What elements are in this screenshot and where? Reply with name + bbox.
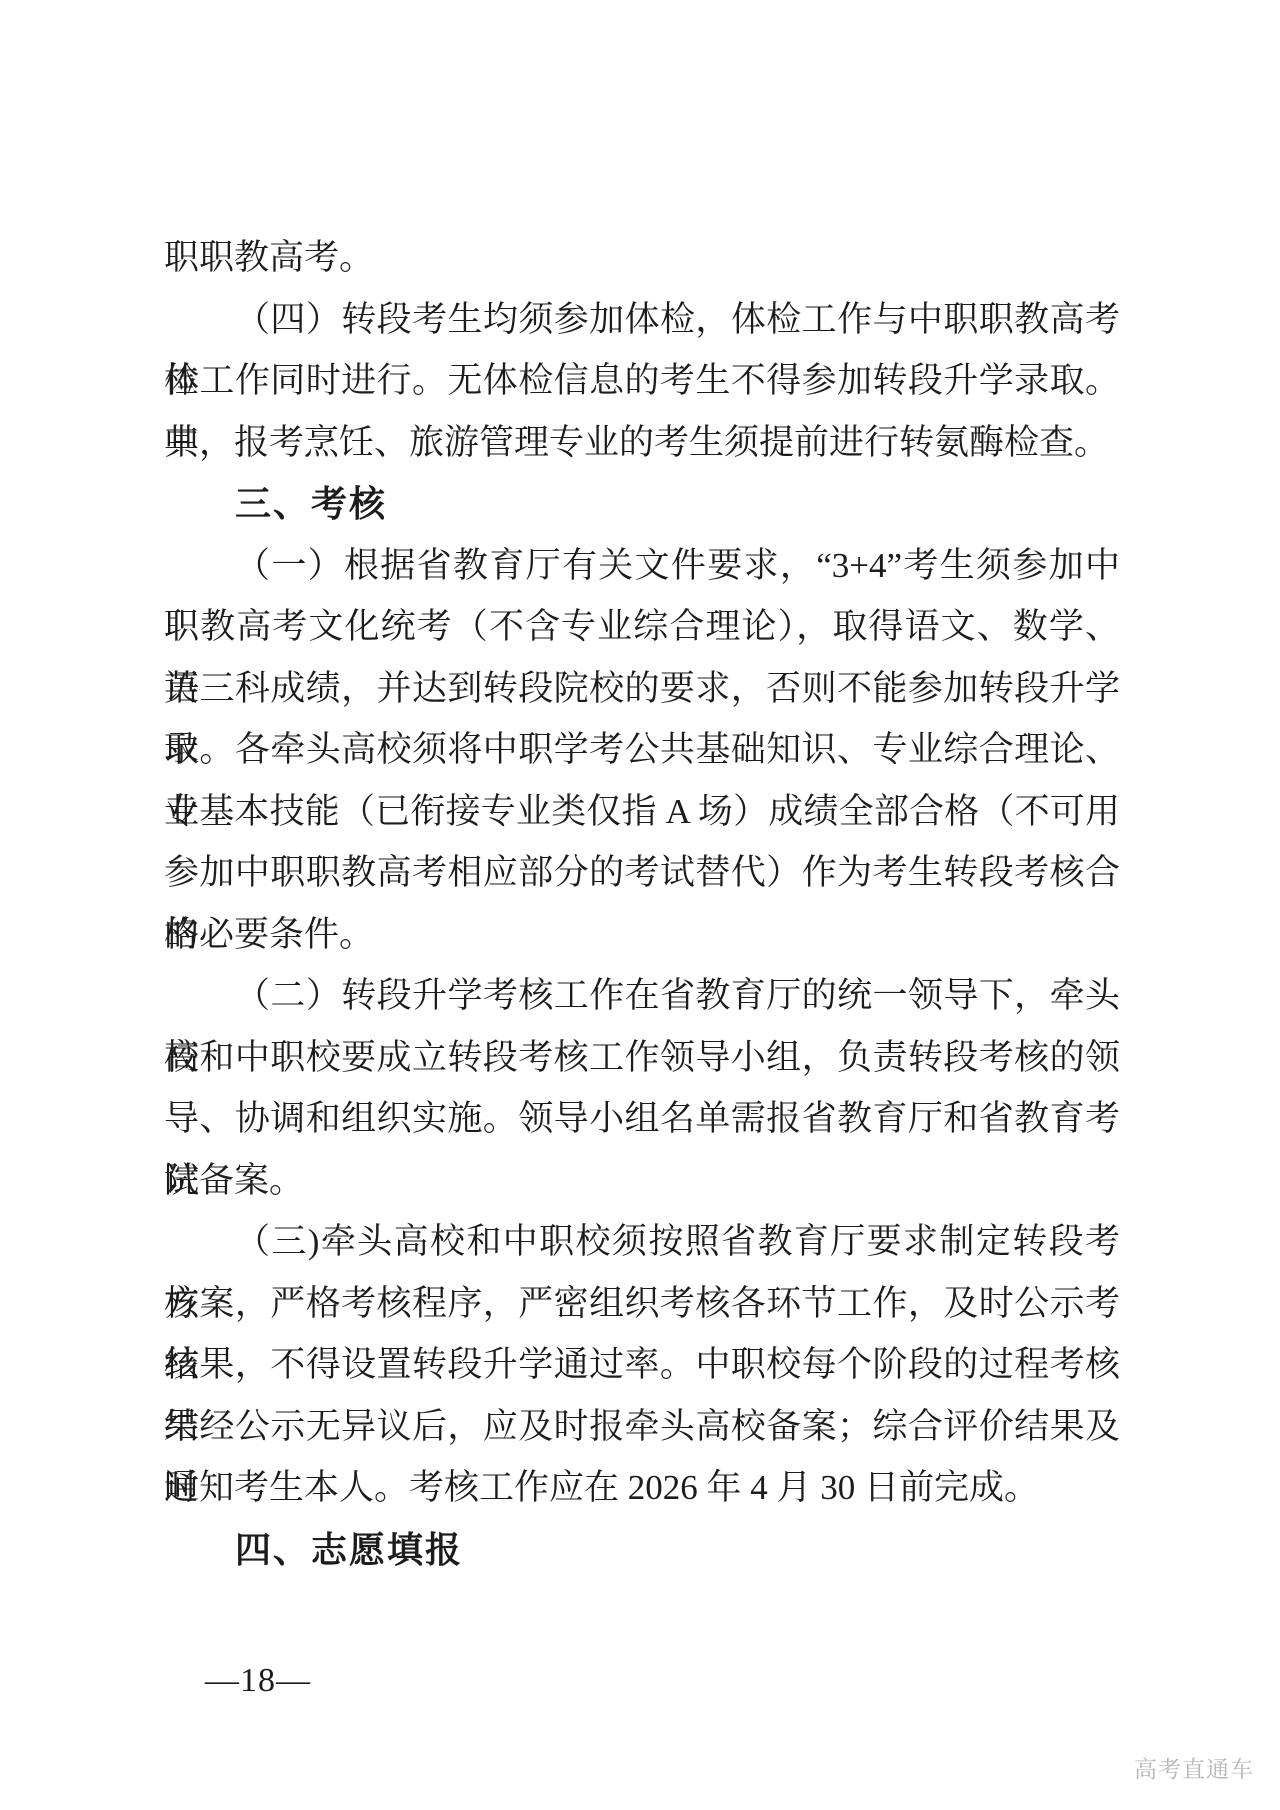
heading-assessment: 三、考核 — [164, 473, 1120, 535]
text-line: 业基本技能（已衔接专业类仅指 A 场）成绩全部合格（不可用 — [164, 781, 1120, 843]
text-line: 语三科成绩，并达到转段院校的要求，否则不能参加转段升学录 — [164, 658, 1120, 720]
text-line: 导、协调和组织实施。领导小组名单需报省教育厅和省教育考试 — [164, 1088, 1120, 1150]
text-line: 职职教高考。 — [164, 227, 1120, 289]
text-line: 参加中职职教高考相应部分的考试替代）作为考生转段考核合格 — [164, 842, 1120, 904]
text-line: 方案，严格考核程序，严密组织考核各环节工作，及时公示考核 — [164, 1273, 1120, 1335]
text-line: 取。各牵头高校须将中职学考公共基础知识、专业综合理论、专 — [164, 719, 1120, 781]
heading-application: 四、志愿填报 — [164, 1519, 1120, 1581]
text-line: 结果，不得设置转段升学通过率。中职校每个阶段的过程考核结 — [164, 1334, 1120, 1396]
text-line: 果经公示无异议后，应及时报牵头高校备案；综合评价结果及时 — [164, 1396, 1120, 1458]
text-line: 检工作同时进行。无体检信息的考生不得参加转段升学录取。其 — [164, 350, 1120, 412]
watermark-brand: 高考直通车 — [1134, 1751, 1254, 1784]
text-line: 校和中职校要成立转段考核工作领导小组，负责转段考核的领 — [164, 1027, 1120, 1089]
text-line: 的必要条件。 — [164, 904, 1120, 966]
text-line: 院备案。 — [164, 1150, 1120, 1212]
text-line: （三)牵头高校和中职校须按照省教育厅要求制定转段考核 — [164, 1211, 1120, 1273]
text-line: （四）转段考生均须参加体检，体检工作与中职职教高考体 — [164, 289, 1120, 351]
document-page: 职职教高考。 （四）转段考生均须参加体检，体检工作与中职职教高考体 检工作同时进… — [0, 0, 1280, 1810]
text-column: 职职教高考。 （四）转段考生均须参加体检，体检工作与中职职教高考体 检工作同时进… — [164, 227, 1120, 1580]
text-line: （二）转段升学考核工作在省教育厅的统一领导下，牵头高 — [164, 965, 1120, 1027]
text-line: 职教高考文化统考（不含专业综合理论），取得语文、数学、英 — [164, 596, 1120, 658]
page-number: —18— — [205, 1662, 311, 1700]
text-line: （一）根据省教育厅有关文件要求，“3+4”考生须参加中职 — [164, 535, 1120, 597]
text-line: 中，报考烹饪、旅游管理专业的考生须提前进行转氨酶检查。 — [164, 412, 1120, 474]
text-line: 通知考生本人。考核工作应在 2026 年 4 月 30 日前完成。 — [164, 1457, 1120, 1519]
